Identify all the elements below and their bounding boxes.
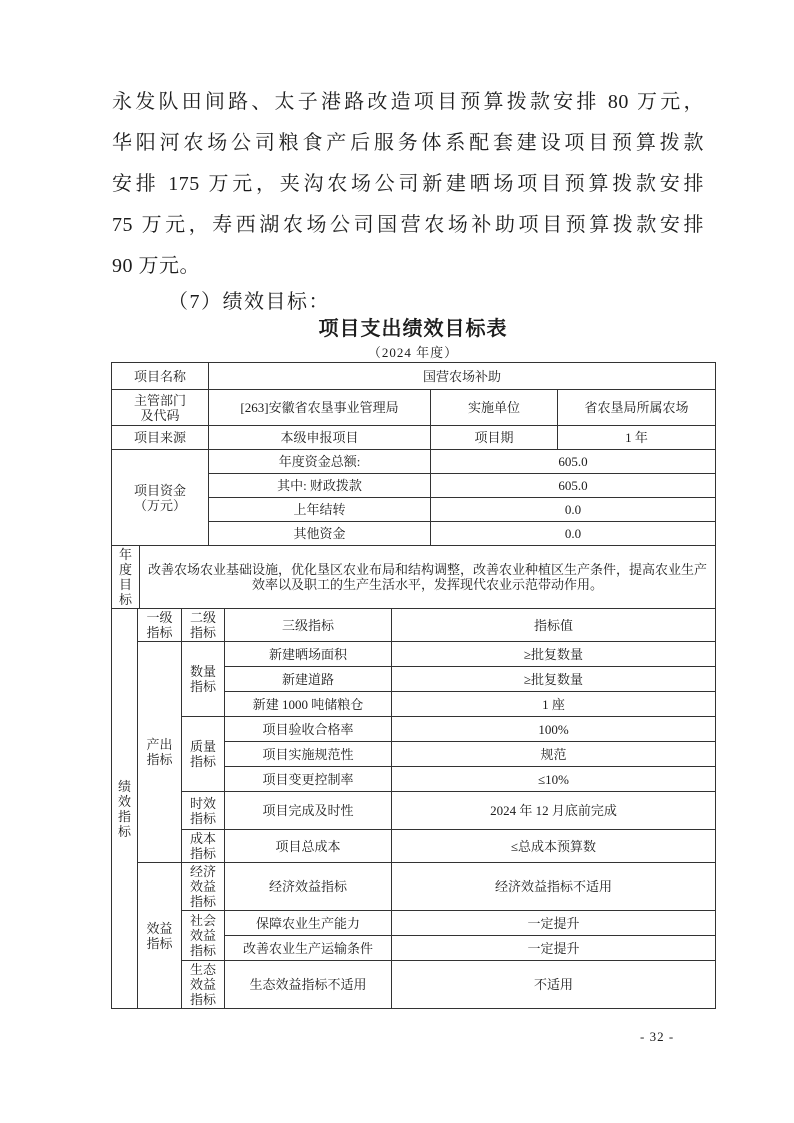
indicator-name: 新建道路 (225, 667, 392, 692)
level1-group-label: 效益指标 (138, 863, 182, 1009)
document-page: 永发队田间路、太子港路改造项目预算拨款安排 80 万元， 华阳河农场公司粮食产后… (0, 0, 794, 1123)
annual-goal-label: 年度目标 (112, 546, 140, 609)
indicator-name: 项目变更控制率 (225, 767, 392, 792)
body-paragraph: 永发队田间路、太子港路改造项目预算拨款安排 80 万元， 华阳河农场公司粮食产后… (112, 82, 704, 287)
table-row: 主管部门 及代码 [263]安徽省农垦事业管理局 实施单位 省农垦局所属农场 (112, 390, 716, 426)
indicator-name: 项目实施规范性 (225, 742, 392, 767)
project-name-value: 国营农场补助 (209, 363, 716, 390)
indicator-name: 保障农业生产能力 (225, 911, 392, 936)
indicator-value: 不适用 (392, 961, 716, 1009)
indicator-name: 项目验收合格率 (225, 717, 392, 742)
table-row: 成本指标 项目总成本 ≤总成本预算数 (112, 830, 716, 863)
source-value: 本级申报项目 (209, 426, 431, 450)
section-heading: （7）绩效目标： (112, 287, 704, 317)
table-row: 项目资金 （万元） 年度资金总额: 605.0 (112, 450, 716, 474)
indicator-value: 经济效益指标不适用 (392, 863, 716, 911)
period-label: 项目期 (431, 426, 558, 450)
indicator-value: ≥批复数量 (392, 642, 716, 667)
indicator-name: 新建 1000 吨储粮仓 (225, 692, 392, 717)
paragraph-line-5: 90 万元。 (112, 246, 704, 287)
indicator-name: 新建晒场面积 (225, 642, 392, 667)
funding-item-name: 上年结转 (209, 498, 431, 522)
table-title: 项目支出绩效目标表 (111, 317, 715, 341)
level2-group-label: 质量指标 (182, 717, 225, 792)
table-row: 产出指标 数量指标 新建晒场面积 ≥批复数量 (112, 642, 716, 667)
funding-label: 项目资金 （万元） (112, 450, 209, 546)
table-row: 项目名称 国营农场补助 (112, 363, 716, 390)
paragraph-line-1: 永发队田间路、太子港路改造项目预算拨款安排 80 万元， (112, 82, 704, 123)
paragraph-line-3: 安排 175 万元，夹沟农场公司新建晒场项目预算拨款安排 (112, 164, 704, 205)
level2-group-label: 数量指标 (182, 642, 225, 717)
table-row: 项目来源 本级申报项目 项目期 1 年 (112, 426, 716, 450)
indicator-value: 一定提升 (392, 911, 716, 936)
indicator-value: ≤总成本预算数 (392, 830, 716, 863)
header-level1: 一级指标 (138, 609, 182, 642)
paragraph-line-2: 华阳河农场公司粮食产后服务体系配套建设项目预算拨款 (112, 123, 704, 164)
funding-item-name: 其他资金 (209, 522, 431, 546)
page-number: - 32 - (640, 1029, 674, 1045)
project-name-label: 项目名称 (112, 363, 209, 390)
funding-item-value: 0.0 (431, 522, 716, 546)
table-row: 时效指标 项目完成及时性 2024 年 12 月底前完成 (112, 792, 716, 830)
project-info-table: 项目名称 国营农场补助 主管部门 及代码 [263]安徽省农垦事业管理局 实施单… (111, 362, 716, 546)
indicator-value: ≥批复数量 (392, 667, 716, 692)
table-row: 年度目标 改善农场农业基础设施，优化垦区农业布局和结构调整，改善农业种植区生产条… (112, 546, 716, 609)
funding-item-name: 年度资金总额: (209, 450, 431, 474)
dept-code-value: [263]安徽省农垦事业管理局 (209, 390, 431, 426)
funding-item-value: 605.0 (431, 474, 716, 498)
indicators-header-row: 绩效指标 一级指标 二级指标 三级指标 指标值 (112, 609, 716, 642)
level1-group-label: 产出指标 (138, 642, 182, 863)
indicator-name: 项目完成及时性 (225, 792, 392, 830)
table-subtitle: （2024 年度） (111, 345, 715, 360)
level2-group-label: 时效指标 (182, 792, 225, 830)
level2-group-label: 经济效益指标 (182, 863, 225, 911)
indicator-name: 改善农业生产运输条件 (225, 936, 392, 961)
source-label: 项目来源 (112, 426, 209, 450)
annual-goal-text: 改善农场农业基础设施，优化垦区农业布局和结构调整，改善农业种植区生产条件，提高农… (140, 546, 716, 609)
table-row: 质量指标 项目验收合格率 100% (112, 717, 716, 742)
header-level2: 二级指标 (182, 609, 225, 642)
level2-group-label: 成本指标 (182, 830, 225, 863)
annual-goal-table: 年度目标 改善农场农业基础设施，优化垦区农业布局和结构调整，改善农业种植区生产条… (111, 545, 716, 609)
indicator-value: 规范 (392, 742, 716, 767)
paragraph-line-4: 75 万元，寿西湖农场公司国营农场补助项目预算拨款安排 (112, 205, 704, 246)
indicator-name: 生态效益指标不适用 (225, 961, 392, 1009)
indicators-table: 绩效指标 一级指标 二级指标 三级指标 指标值 产出指标 数量指标 新建晒场面积… (111, 608, 716, 1009)
funding-item-value: 0.0 (431, 498, 716, 522)
indicator-value: 1 座 (392, 692, 716, 717)
header-value: 指标值 (392, 609, 716, 642)
indicator-value: 100% (392, 717, 716, 742)
dept-label: 主管部门 及代码 (112, 390, 209, 426)
header-level3: 三级指标 (225, 609, 392, 642)
indicator-name: 经济效益指标 (225, 863, 392, 911)
funding-item-value: 605.0 (431, 450, 716, 474)
table-row: 社会效益指标 保障农业生产能力 一定提升 (112, 911, 716, 936)
content-area: 永发队田间路、太子港路改造项目预算拨款安排 80 万元， 华阳河农场公司粮食产后… (112, 82, 704, 1009)
funding-item-name: 其中: 财政拨款 (209, 474, 431, 498)
table-row: 生态效益指标 生态效益指标不适用 不适用 (112, 961, 716, 1009)
impl-unit-value: 省农垦局所属农场 (558, 390, 716, 426)
indicator-value: 2024 年 12 月底前完成 (392, 792, 716, 830)
level2-group-label: 社会效益指标 (182, 911, 225, 961)
table-row: 效益指标 经济效益指标 经济效益指标 经济效益指标不适用 (112, 863, 716, 911)
indicator-value: ≤10% (392, 767, 716, 792)
indicator-name: 项目总成本 (225, 830, 392, 863)
impl-unit-label: 实施单位 (431, 390, 558, 426)
indicator-value: 一定提升 (392, 936, 716, 961)
level2-group-label: 生态效益指标 (182, 961, 225, 1009)
period-value: 1 年 (558, 426, 716, 450)
indicators-side-label: 绩效指标 (112, 609, 138, 1009)
